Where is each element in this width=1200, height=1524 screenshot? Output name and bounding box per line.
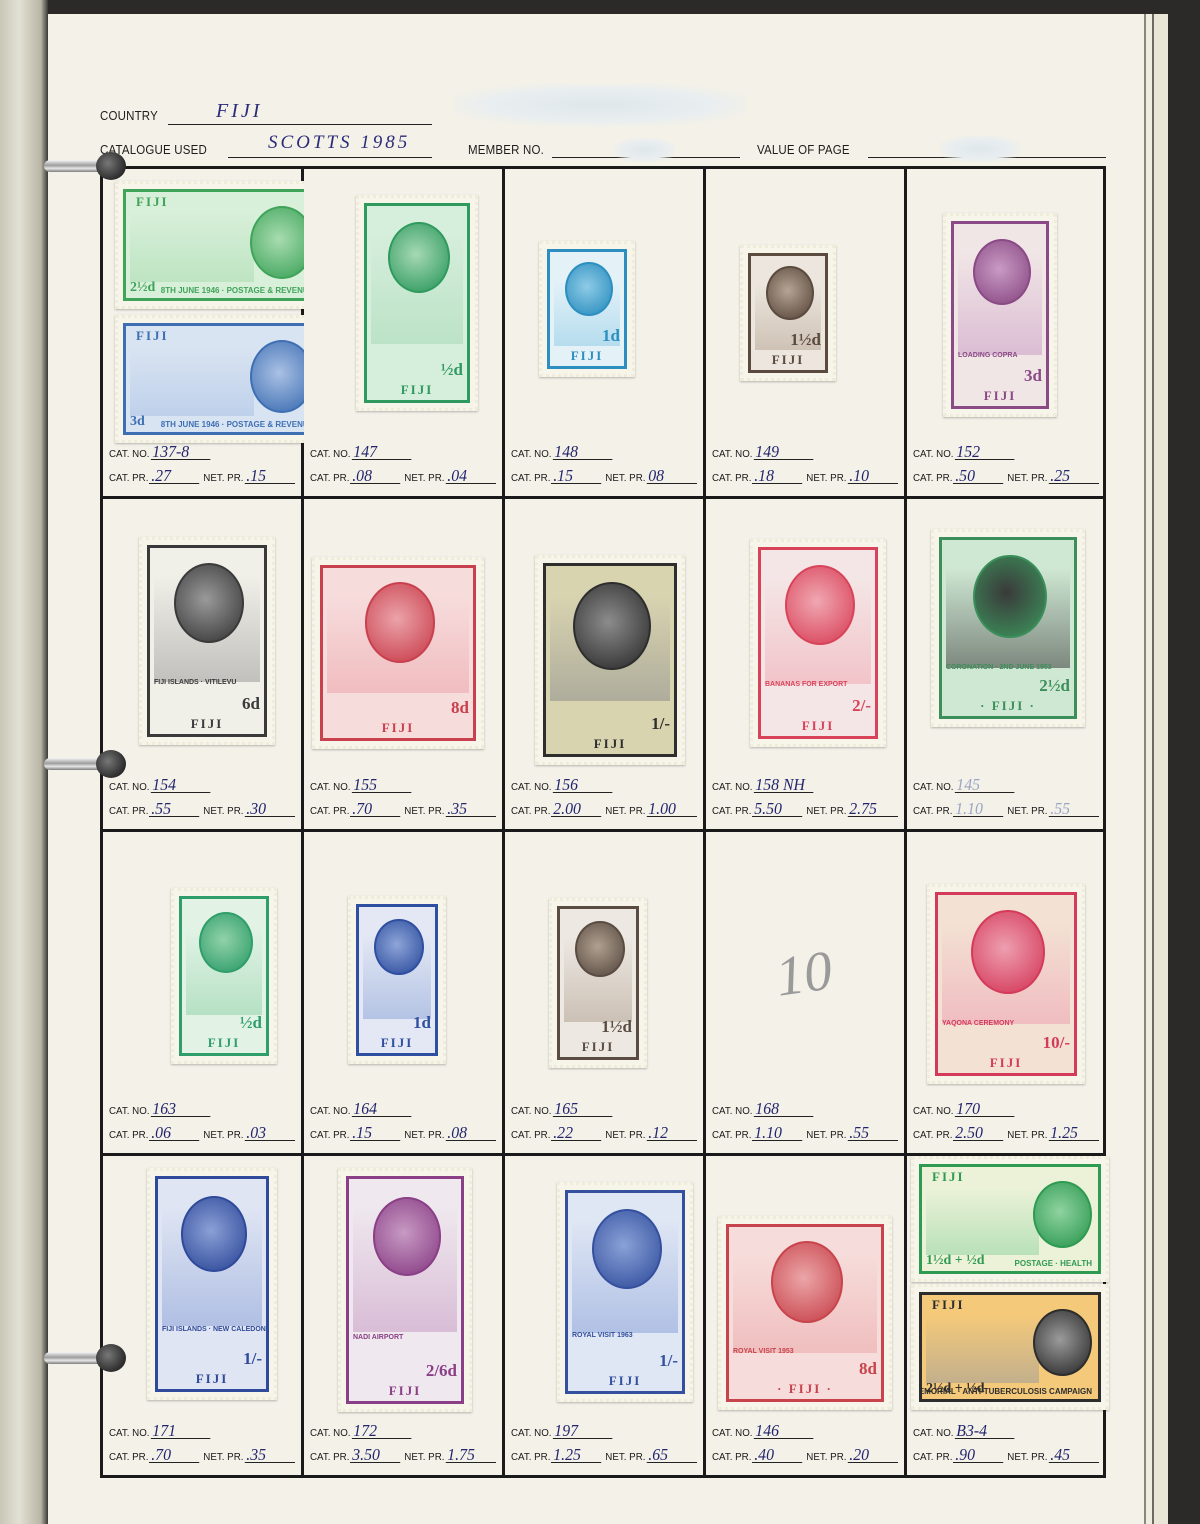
cat-no-row: CAT. NO.168 [712, 1101, 813, 1117]
cat-no-row: CAT. NO.197 [511, 1423, 612, 1439]
stamp[interactable]: FIJI2½d8TH JUNE 1946 · POSTAGE & REVENUE [115, 181, 331, 309]
net-pr-value[interactable]: .30 [244, 801, 294, 817]
cat-no-label: CAT. NO. [109, 781, 150, 793]
cat-no-label: CAT. NO. [310, 1105, 351, 1117]
cat-no-row: CAT. NO.170 [913, 1101, 1014, 1117]
stamp-scene [130, 212, 254, 282]
stamp[interactable]: FIJI10/-YAQONA CEREMONY [927, 884, 1085, 1084]
cat-no-value[interactable]: 156 [552, 777, 612, 793]
stamp-cell: FIJI3dLOADING COPRACAT. NO.152CAT. PR..5… [907, 169, 1103, 496]
cat-no-row: CAT. NO.145 [913, 777, 1014, 793]
cat-pr-label: CAT. PR. [109, 1129, 148, 1141]
stamp-cell: FIJI2/6dNADI AIRPORTCAT. NO.172CAT. PR.3… [304, 1156, 502, 1475]
stamp-denomination: 2½d [1039, 676, 1070, 696]
cat-no-label: CAT. NO. [712, 1427, 753, 1439]
stamp-design: FIJI½d [179, 896, 269, 1056]
cat-no-row: CAT. NO.154 [109, 777, 210, 793]
net-pr-label: NET. PR. [404, 1451, 444, 1463]
stamp-caption: LOADING COPRA [958, 352, 1018, 359]
cat-no-row: CAT. NO.165 [511, 1101, 612, 1117]
stamp-denomination: 1½d [790, 330, 821, 350]
cat-pr-value[interactable]: .70 [149, 1447, 199, 1463]
stamp-design: FIJI3d8TH JUNE 1946 · POSTAGE & REVENUE [123, 323, 323, 435]
stamp-denomination: 2½d [130, 280, 155, 296]
price-row: CAT. PR..18NET. PR..10 [712, 468, 898, 484]
portrait-icon [573, 582, 651, 671]
cat-pr-value[interactable]: .40 [752, 1447, 802, 1463]
stamp-country-text: FIJI [751, 352, 825, 368]
cat-no-value[interactable]: 149 [753, 444, 813, 460]
portrait-icon [973, 555, 1046, 639]
price-row: CAT. PR.2.50NET. PR.1.25 [913, 1125, 1099, 1141]
stamp-design: FIJI2/-BANANAS FOR EXPORT [758, 547, 878, 739]
stamp-country-text: FIJI [954, 388, 1046, 404]
net-pr-label: NET. PR. [203, 472, 243, 484]
cat-no-value[interactable]: 154 [150, 777, 210, 793]
stamp-design: · FIJI ·2½dCORONATION · 2ND JUNE 1953 [939, 537, 1077, 719]
cat-no-value[interactable]: 158 NH [753, 777, 813, 793]
stamp-caption: FIJI WAR MEMORIAL · ANTI-TUBERCULOSIS CA… [919, 1387, 1092, 1396]
stamp-cell: FIJI½dCAT. NO.147CAT. PR..08NET. PR..04 [304, 169, 502, 496]
stamp-country-text: FIJI [367, 382, 467, 398]
cat-no-label: CAT. NO. [310, 1427, 351, 1439]
stamp-cell: FIJI½dCAT. NO.163CAT. PR..06NET. PR..03 [103, 832, 301, 1153]
country-field-line [168, 124, 432, 125]
stamp-caption: POSTAGE · HEALTH [1015, 1259, 1092, 1268]
cat-pr-value[interactable]: .15 [551, 468, 601, 484]
stamp[interactable]: FIJI1d [539, 241, 635, 377]
stamp-denomination: 3d [130, 414, 145, 430]
cat-no-value[interactable]: 155 [351, 777, 411, 793]
price-row: CAT. PR.2.00NET. PR.1.00 [511, 801, 697, 817]
stamp-cell: FIJI1dCAT. NO.164CAT. PR..15NET. PR..08 [304, 832, 502, 1153]
stamp-country-text: FIJI [938, 1055, 1074, 1071]
binder-ring [44, 752, 134, 774]
cat-no-row: CAT. NO.171 [109, 1423, 210, 1439]
stamp-caption: NADI AIRPORT [353, 1334, 403, 1341]
stamp-design: FIJI1/- [543, 563, 677, 757]
stamp[interactable]: · FIJI ·2½dCORONATION · 2ND JUNE 1953 [931, 529, 1085, 727]
stamp-denomination: 1d [413, 1013, 431, 1033]
cat-no-label: CAT. NO. [310, 448, 351, 460]
stamp[interactable]: FIJI2½d + ½dFIJI WAR MEMORIAL · ANTI-TUB… [911, 1284, 1109, 1410]
stamp-design: FIJI1½d [748, 253, 828, 373]
cat-no-label: CAT. NO. [109, 448, 150, 460]
stamp-cell: FIJI1dCAT. NO.148CAT. PR..15NET. PR.08 [505, 169, 703, 496]
stamp[interactable]: FIJI1/- [535, 555, 685, 765]
price-row: CAT. PR.5.50NET. PR.2.75 [712, 801, 898, 817]
stamp-cell: FIJI1½dCAT. NO.165CAT. PR..22NET. PR..12 [505, 832, 703, 1153]
cat-pr-label: CAT. PR. [310, 805, 349, 817]
price-row: CAT. PR.1.10NET. PR..55 [913, 801, 1099, 817]
portrait-icon [374, 919, 423, 975]
net-pr-label: NET. PR. [203, 805, 243, 817]
stamp-denomination: ½d [441, 360, 463, 380]
cat-no-value[interactable]: 145 [954, 777, 1014, 793]
net-pr-value[interactable]: .04 [445, 468, 495, 484]
net-pr-value[interactable]: .35 [445, 801, 495, 817]
cat-pr-value[interactable]: .15 [350, 1125, 400, 1141]
stamp-caption: BANANAS FOR EXPORT [765, 681, 847, 688]
cat-pr-label: CAT. PR. [712, 805, 751, 817]
cat-no-row: CAT. NO.172 [310, 1423, 411, 1439]
stamp-design: FIJI8d [320, 565, 476, 741]
cat-no-label: CAT. NO. [913, 1427, 954, 1439]
stamp-caption: YAQONA CEREMONY [942, 1020, 1014, 1027]
cat-pr-label: CAT. PR. [511, 1451, 550, 1463]
price-row: CAT. PR..06NET. PR..03 [109, 1125, 295, 1141]
cat-pr-label: CAT. PR. [712, 1451, 751, 1463]
stamp-caption: ROYAL VISIT 1963 [572, 1332, 633, 1339]
cat-no-value[interactable]: 148 [552, 444, 612, 460]
net-pr-label: NET. PR. [1007, 472, 1047, 484]
cat-no-label: CAT. NO. [913, 1105, 954, 1117]
stamp-cell: FIJI1½d + ½dPOSTAGE · HEALTHFIJI2½d + ½d… [907, 1156, 1103, 1475]
stamp-cell: FIJI1½dCAT. NO.149CAT. PR..18NET. PR..10 [706, 169, 904, 496]
portrait-icon [973, 239, 1031, 305]
net-pr-label: NET. PR. [203, 1129, 243, 1141]
cat-no-value[interactable]: 165 [552, 1101, 612, 1117]
stamp-cell: FIJI6dFIJI ISLANDS · VITILEVUCAT. NO.154… [103, 499, 301, 829]
stamp[interactable]: FIJI1½d [740, 245, 836, 381]
stamp-cell: FIJI1/-ROYAL VISIT 1963CAT. NO.197CAT. P… [505, 1156, 703, 1475]
net-pr-value[interactable]: 1.00 [646, 801, 696, 817]
binder-spine [0, 0, 48, 1524]
cat-no-value[interactable]: 164 [351, 1101, 411, 1117]
stamp-denomination: 8d [451, 698, 469, 718]
stamp-country-text: FIJI [136, 194, 169, 210]
stamp[interactable]: FIJI1/-FIJI ISLANDS · NEW CALEDONIA [147, 1168, 277, 1400]
stamp-design: FIJI3dLOADING COPRA [951, 221, 1049, 409]
cat-pr-label: CAT. PR. [511, 1129, 550, 1141]
stamp-cell: FIJI2/-BANANAS FOR EXPORTCAT. NO.158 NHC… [706, 499, 904, 829]
stamp-cell: FIJI1/-CAT. NO.156CAT. PR.2.00NET. PR.1.… [505, 499, 703, 829]
stamp[interactable]: FIJI3dLOADING COPRA [943, 213, 1057, 417]
stamp-caption: 8TH JUNE 1946 · POSTAGE & REVENUE [161, 286, 314, 295]
stamp-denomination: ½d [240, 1013, 262, 1033]
net-pr-label: NET. PR. [404, 1129, 444, 1141]
stamp-country-text: FIJI [568, 1373, 682, 1389]
cat-pr-value[interactable]: 2.00 [551, 801, 601, 817]
stamp-caption: 8TH JUNE 1946 · POSTAGE & REVENUE [161, 420, 314, 429]
cat-no-value[interactable]: 170 [954, 1101, 1014, 1117]
cat-pr-value[interactable]: .22 [551, 1125, 601, 1141]
cat-no-value[interactable]: 197 [552, 1423, 612, 1439]
net-pr-value[interactable]: .25 [1048, 468, 1098, 484]
pencil-mark: 10 [772, 938, 836, 1009]
stamp-caption: FIJI ISLANDS · VITILEVU [154, 679, 236, 686]
stamp-scene [926, 1315, 1039, 1383]
stamp-caption: FIJI ISLANDS · NEW CALEDONIA [162, 1326, 269, 1333]
cat-no-value[interactable]: 147 [351, 444, 411, 460]
catalogue-value[interactable]: SCOTTS 1985 [268, 132, 410, 154]
net-pr-value[interactable]: 2.75 [847, 801, 897, 817]
stamp-design: FIJI10/-YAQONA CEREMONY [935, 892, 1077, 1076]
net-pr-label: NET. PR. [1007, 1129, 1047, 1141]
net-pr-value[interactable]: .65 [646, 1447, 696, 1463]
net-pr-value[interactable]: .45 [1048, 1447, 1098, 1463]
stamp[interactable]: FIJI1d [348, 896, 446, 1064]
cat-pr-value[interactable]: .18 [752, 468, 802, 484]
stamp-cell: FIJI8dCAT. NO.155CAT. PR..70NET. PR..35 [304, 499, 502, 829]
cat-pr-value[interactable]: 1.10 [953, 801, 1003, 817]
cat-no-value[interactable]: 146 [753, 1423, 813, 1439]
cat-pr-value[interactable]: 2.50 [953, 1125, 1003, 1141]
portrait-icon [785, 565, 855, 645]
price-row: CAT. PR..55NET. PR..30 [109, 801, 295, 817]
stamp[interactable]: FIJI1½d + ½dPOSTAGE · HEALTH [911, 1156, 1109, 1282]
stamp[interactable]: · FIJI ·8dROYAL VISIT 1953 [718, 1216, 892, 1410]
stamp-denomination: 2/- [852, 696, 871, 716]
stamp[interactable]: FIJI3d8TH JUNE 1946 · POSTAGE & REVENUE [115, 315, 331, 443]
cat-no-value[interactable]: 172 [351, 1423, 411, 1439]
net-pr-value[interactable]: 08 [646, 468, 696, 484]
cat-no-value[interactable]: 163 [150, 1101, 210, 1117]
cat-no-row: CAT. NO.B3-4 [913, 1423, 1014, 1439]
portrait-icon [199, 912, 253, 973]
cat-no-value[interactable]: 137-8 [150, 444, 210, 460]
stamp-denomination: 1/- [659, 1351, 678, 1371]
stamp-design: FIJI6dFIJI ISLANDS · VITILEVU [147, 545, 267, 737]
cat-no-label: CAT. NO. [913, 448, 954, 460]
net-pr-label: NET. PR. [605, 805, 645, 817]
stamp-design: FIJI1d [547, 249, 627, 369]
portrait-icon [373, 1197, 442, 1276]
cat-pr-value[interactable]: 1.25 [551, 1447, 601, 1463]
cat-no-row: CAT. NO.152 [913, 444, 1014, 460]
price-row: CAT. PR..70NET. PR..35 [310, 801, 496, 817]
cat-no-row: CAT. NO.155 [310, 777, 411, 793]
cat-pr-label: CAT. PR. [310, 1451, 349, 1463]
cat-no-label: CAT. NO. [511, 1427, 552, 1439]
net-pr-value[interactable]: .10 [847, 468, 897, 484]
cat-pr-value[interactable]: 1.10 [752, 1125, 802, 1141]
net-pr-label: NET. PR. [404, 472, 444, 484]
stamp-design: · FIJI ·8dROYAL VISIT 1953 [726, 1224, 884, 1402]
cat-pr-label: CAT. PR. [511, 472, 550, 484]
stamp-denomination: 1½d + ½d [926, 1253, 985, 1269]
net-pr-value[interactable]: .12 [646, 1125, 696, 1141]
cat-pr-value[interactable]: 3.50 [350, 1447, 400, 1463]
portrait-icon [1033, 1309, 1092, 1376]
cat-no-row: CAT. NO.158 NH [712, 777, 813, 793]
stamp-cell: · FIJI ·8dROYAL VISIT 1953CAT. NO.146CAT… [706, 1156, 904, 1475]
stamp-country-text: FIJI [323, 720, 473, 736]
stamp-country-text: FIJI [150, 716, 264, 732]
cat-pr-value[interactable]: .08 [350, 468, 400, 484]
stamp-denomination: 1½d [601, 1017, 632, 1037]
stamp-country-text: FIJI [550, 348, 624, 364]
stamp-country-text: FIJI [761, 718, 875, 734]
net-pr-label: NET. PR. [605, 472, 645, 484]
stamp-country-text: FIJI [546, 736, 674, 752]
net-pr-value[interactable]: .35 [244, 1447, 294, 1463]
stamp-denomination: 1d [602, 326, 620, 346]
stamp[interactable]: FIJI2/-BANANAS FOR EXPORT [750, 539, 886, 747]
cat-pr-value[interactable]: .90 [953, 1447, 1003, 1463]
price-row: CAT. PR..50NET. PR..25 [913, 468, 1099, 484]
cat-pr-label: CAT. PR. [913, 1451, 952, 1463]
stamp-design: FIJI½d [364, 203, 470, 403]
stamp-country-text: FIJI [182, 1035, 266, 1051]
portrait-icon [181, 1196, 248, 1272]
cat-no-label: CAT. NO. [511, 781, 552, 793]
stamp-design: FIJI2½d + ½dFIJI WAR MEMORIAL · ANTI-TUB… [919, 1292, 1101, 1402]
cat-no-row: CAT. NO.149 [712, 444, 813, 460]
price-row: CAT. PR..15NET. PR.08 [511, 468, 697, 484]
cat-no-label: CAT. NO. [109, 1105, 150, 1117]
stamp-denomination: 10/- [1043, 1033, 1070, 1053]
stamp-country-text: FIJI [136, 328, 169, 344]
price-row: CAT. PR..15NET. PR..08 [310, 1125, 496, 1141]
net-pr-label: NET. PR. [605, 1451, 645, 1463]
stamp-country-text: FIJI [932, 1297, 965, 1313]
portrait-icon [771, 1241, 843, 1323]
stamp-cell: FIJI10/-YAQONA CEREMONYCAT. NO.170CAT. P… [907, 832, 1103, 1153]
binder-ring [44, 1346, 134, 1368]
whiteout-smudge [455, 84, 745, 126]
cat-pr-value[interactable]: .55 [149, 801, 199, 817]
net-pr-value[interactable]: 1.25 [1048, 1125, 1098, 1141]
stamp-grid: FIJI2½d8TH JUNE 1946 · POSTAGE & REVENUE… [100, 166, 1106, 1478]
country-value[interactable]: FIJI [216, 100, 262, 123]
cat-pr-value[interactable]: .06 [149, 1125, 199, 1141]
portrait-icon [565, 262, 613, 317]
stamp-design: FIJI1/-FIJI ISLANDS · NEW CALEDONIA [155, 1176, 269, 1392]
portrait-icon [174, 563, 244, 643]
net-pr-value[interactable]: .55 [847, 1125, 897, 1141]
price-row: CAT. PR..27NET. PR..15 [109, 468, 295, 484]
price-row: CAT. PR..08NET. PR..04 [310, 468, 496, 484]
cat-pr-label: CAT. PR. [913, 1129, 952, 1141]
cat-pr-value[interactable]: .70 [350, 801, 400, 817]
stamp[interactable]: FIJI½d [356, 195, 478, 411]
price-row: CAT. PR.3.50NET. PR.1.75 [310, 1447, 496, 1463]
net-pr-value[interactable]: .08 [445, 1125, 495, 1141]
net-pr-label: NET. PR. [203, 1451, 243, 1463]
portrait-icon [365, 582, 436, 663]
cat-pr-label: CAT. PR. [712, 1129, 751, 1141]
price-row: CAT. PR..22NET. PR..12 [511, 1125, 697, 1141]
stamp-cell: 10CAT. NO.168CAT. PR.1.10NET. PR..55 [706, 832, 904, 1153]
binder-ring [44, 154, 134, 176]
stamp[interactable]: FIJI1/-ROYAL VISIT 1963 [557, 1182, 693, 1402]
whiteout-smudge [615, 138, 675, 162]
value-of-page-label: VALUE OF PAGE [757, 143, 850, 157]
stamp-design: FIJI1½d [557, 906, 639, 1060]
price-row: CAT. PR.1.25NET. PR..65 [511, 1447, 697, 1463]
net-pr-label: NET. PR. [1007, 1451, 1047, 1463]
cat-no-row: CAT. NO.137-8 [109, 444, 210, 460]
stamp-country-text: · FIJI · [729, 1381, 881, 1397]
cat-pr-label: CAT. PR. [511, 805, 550, 817]
cat-no-row: CAT. NO.156 [511, 777, 612, 793]
cat-no-row: CAT. NO.146 [712, 1423, 813, 1439]
cat-no-label: CAT. NO. [109, 1427, 150, 1439]
stamp-caption: ROYAL VISIT 1953 [733, 1348, 794, 1355]
cat-pr-label: CAT. PR. [310, 472, 349, 484]
cat-no-value[interactable]: 168 [753, 1101, 813, 1117]
cat-no-row: CAT. NO.164 [310, 1101, 411, 1117]
portrait-icon [592, 1209, 662, 1289]
cat-no-value[interactable]: 152 [954, 444, 1014, 460]
cat-pr-label: CAT. PR. [109, 805, 148, 817]
net-pr-value[interactable]: .20 [847, 1447, 897, 1463]
price-row: CAT. PR..90NET. PR..45 [913, 1447, 1099, 1463]
net-pr-label: NET. PR. [1007, 805, 1047, 817]
portrait-icon [766, 266, 814, 321]
net-pr-label: NET. PR. [806, 805, 846, 817]
stamp-cell: FIJI1/-FIJI ISLANDS · NEW CALEDONIACAT. … [103, 1156, 301, 1475]
whiteout-smudge [940, 136, 1020, 162]
cat-no-row: CAT. NO.147 [310, 444, 411, 460]
net-pr-value[interactable]: .55 [1048, 801, 1098, 817]
cat-no-label: CAT. NO. [712, 781, 753, 793]
cat-pr-label: CAT. PR. [109, 472, 148, 484]
stamp[interactable]: FIJI1½d [549, 898, 647, 1068]
cat-no-value[interactable]: 171 [150, 1423, 210, 1439]
cat-no-label: CAT. NO. [712, 1105, 753, 1117]
portrait-icon [1033, 1181, 1092, 1248]
cat-no-label: CAT. NO. [511, 1105, 552, 1117]
stamp-design: FIJI1½d + ½dPOSTAGE · HEALTH [919, 1164, 1101, 1274]
cat-no-label: CAT. NO. [511, 448, 552, 460]
stamp-denomination: 8d [859, 1359, 877, 1379]
stamp-caption: CORONATION · 2ND JUNE 1953 [946, 664, 1052, 671]
net-pr-value[interactable]: .15 [244, 468, 294, 484]
cat-no-row: CAT. NO.163 [109, 1101, 210, 1117]
stamp-scene [926, 1187, 1039, 1255]
cat-pr-label: CAT. PR. [712, 472, 751, 484]
stamp-denomination: 3d [1024, 366, 1042, 386]
price-row: CAT. PR..70NET. PR..35 [109, 1447, 295, 1463]
net-pr-value[interactable]: 1.75 [445, 1447, 495, 1463]
net-pr-value[interactable]: .03 [244, 1125, 294, 1141]
cat-pr-value[interactable]: .27 [149, 468, 199, 484]
cat-pr-value[interactable]: .50 [953, 468, 1003, 484]
stamp-scene [130, 346, 254, 416]
stamp-country-text: FIJI [359, 1035, 435, 1051]
stamp-design: FIJI2/6dNADI AIRPORT [346, 1176, 464, 1404]
stamp-denomination: 2/6d [426, 1361, 457, 1381]
cat-pr-label: CAT. PR. [913, 472, 952, 484]
stamp[interactable]: FIJI2/6dNADI AIRPORT [338, 1168, 472, 1412]
cat-pr-label: CAT. PR. [310, 1129, 349, 1141]
member-no-label: MEMBER NO. [468, 143, 544, 157]
net-pr-label: NET. PR. [806, 472, 846, 484]
net-pr-label: NET. PR. [806, 1129, 846, 1141]
stamp[interactable]: FIJI½d [171, 888, 277, 1064]
cat-no-row: CAT. NO.148 [511, 444, 612, 460]
cat-no-value[interactable]: B3-4 [954, 1423, 1014, 1439]
stamp-cell: FIJI2½d8TH JUNE 1946 · POSTAGE & REVENUE… [103, 169, 301, 496]
cat-no-label: CAT. NO. [712, 448, 753, 460]
cat-pr-label: CAT. PR. [109, 1451, 148, 1463]
stamp-country-text: · FIJI · [942, 698, 1074, 714]
stamp-cell: · FIJI ·2½dCORONATION · 2ND JUNE 1953CAT… [907, 499, 1103, 829]
portrait-icon [388, 222, 450, 293]
stamp[interactable]: FIJI6dFIJI ISLANDS · VITILEVU [139, 537, 275, 745]
cat-no-label: CAT. NO. [310, 781, 351, 793]
cat-no-label: CAT. NO. [913, 781, 954, 793]
cat-pr-value[interactable]: 5.50 [752, 801, 802, 817]
stamp-denomination: 1/- [243, 1349, 262, 1369]
cat-pr-label: CAT. PR. [913, 805, 952, 817]
stamp[interactable]: FIJI8d [312, 557, 484, 749]
stamp-country-text: FIJI [560, 1039, 636, 1055]
portrait-icon [971, 910, 1045, 994]
stamp-country-text: FIJI [349, 1383, 461, 1399]
